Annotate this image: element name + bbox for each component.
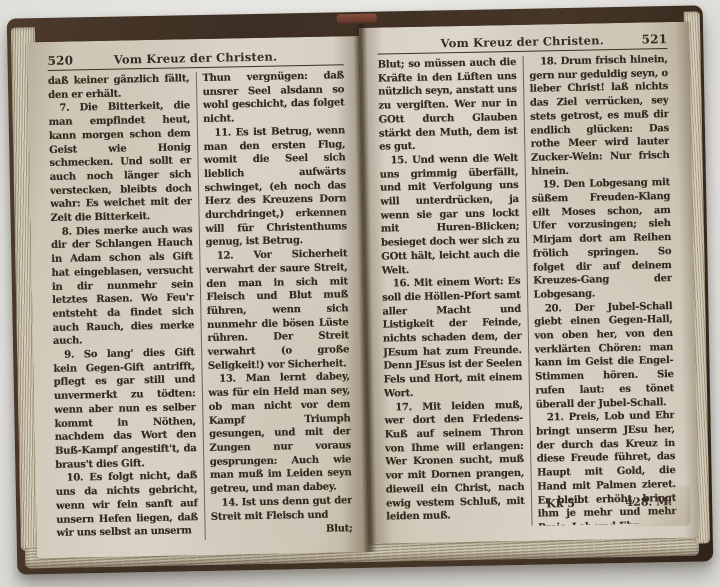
photo-background: 520 Vom Kreuz der Christen. daß keiner g… (0, 0, 720, 587)
verse-paragraph: 10. Es folgt nicht, daß uns da nichts ge… (55, 470, 198, 541)
verse-paragraph: Blut; so müssen auch die Kräfte in den L… (378, 56, 518, 155)
left-column-2: Thun vergnügen: daß unsrer Seel alsdann … (195, 69, 352, 540)
verse-paragraph: 15. Und wenn die Welt uns grimmig überfä… (379, 152, 520, 278)
verse-paragraph: 7. Die Bitterkeit, die man empfindet heu… (48, 100, 192, 226)
left-column-1: daß keiner gänzlich fällt, den er erhält… (48, 72, 204, 543)
right-page-number: 521 (621, 32, 667, 47)
page-corner-curl (630, 486, 691, 527)
open-book: 520 Vom Kreuz der Christen. daß keiner g… (7, 5, 714, 574)
verse-paragraph: 18. Drum frisch hinein, gern nur geduldi… (529, 53, 670, 179)
verse-paragraph: 19. Den Lobgesang mit süßem Freuden-Klan… (531, 176, 672, 302)
right-head-spacer (377, 48, 423, 49)
verse-paragraph: 20. Der Jubel-Schall giebt einen Gegen-H… (534, 300, 675, 412)
signature-mark: Kk 5 (546, 497, 575, 511)
verse-paragraph: 13. Man lernt dabey, was für ein Held ma… (208, 371, 352, 497)
left-running-title: Vom Kreuz der Christen. (93, 49, 297, 67)
left-page: 520 Vom Kreuz der Christen. daß keiner g… (27, 36, 369, 558)
right-column-1: Blut; so müssen auch die Kräfte in den L… (378, 56, 531, 529)
verse-paragraph: 9. So lang' dies Gift kein Gegen-Gift an… (53, 346, 197, 472)
verse-paragraph: Thun vergnügen: daß unsrer Seel alsdann … (202, 69, 345, 127)
left-running-head: 520 Vom Kreuz der Christen. (47, 48, 343, 71)
verse-paragraph: 14. Ist uns denn gut der Streit mit Flei… (210, 494, 352, 524)
catchword: Blut; (211, 522, 353, 538)
right-column-2: 18. Drum frisch hinein, gern nur geduldi… (522, 53, 676, 526)
verse-paragraph: daß keiner gänzlich fällt, den er erhält… (48, 72, 190, 102)
left-page-number: 520 (47, 53, 93, 68)
right-running-title: Vom Kreuz der Christen. (423, 33, 621, 51)
verse-paragraph: 12. Vor Sicherheit verwahrt der saure St… (206, 247, 350, 373)
right-page: Vom Kreuz der Christen. 521 Blut; so müs… (359, 22, 699, 544)
verse-paragraph: 8. Dies merke auch was dir der Schlangen… (51, 223, 195, 349)
verse-paragraph: 17. Mit leiden muß, wer dort den Frieden… (384, 398, 525, 524)
verse-paragraph: 11. Es ist Betrug, wenn man den ersten F… (203, 124, 347, 250)
left-head-spacer (298, 59, 344, 60)
right-running-head: Vom Kreuz der Christen. 521 (377, 32, 667, 55)
spine-headband (337, 14, 377, 24)
verse-paragraph: 16. Mit einem Wort: Es soll die Höllen-P… (382, 275, 523, 401)
